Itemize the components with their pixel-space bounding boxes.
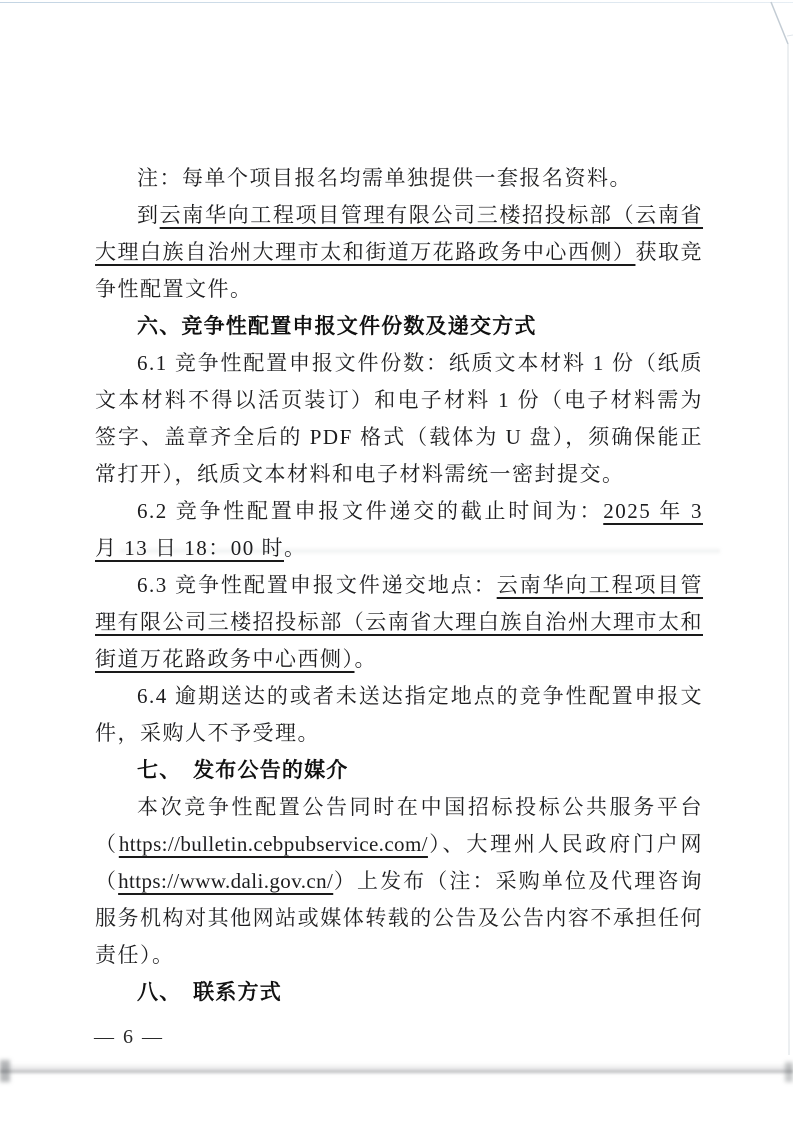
text-run: 八、 联系方式 [137,981,282,1004]
underlined-text: 云南华向工程项目管理有限公司三楼招投标部（云南省大理白族自治州大理市太和街道万花… [95,203,703,264]
text-run: 六、竞争性配置申报文件份数及递交方式 [137,315,537,338]
scan-smudge-left [0,1060,10,1082]
text-run: 6.4 逾期送达的或者未送达指定地点的竞争性配置申报文件，采购人不予受理。 [95,684,703,745]
document-body: 注：每单个项目报名均需单独提供一套报名资料。到云南华向工程项目管理有限公司三楼招… [95,160,703,1011]
document-page: 注：每单个项目报名均需单独提供一套报名资料。到云南华向工程项目管理有限公司三楼招… [0,0,793,1122]
text-run: 6.1 竞争性配置申报文件份数：纸质文本材料 1 份（纸质文本材料不得以活页装订… [95,351,703,486]
text-run: 七、 发布公告的媒介 [137,759,349,782]
paragraph: 6.3 竞争性配置申报文件递交地点：云南华向工程项目管理有限公司三楼招投标部（云… [95,567,703,678]
text-run: 到 [137,203,160,227]
scan-top-edge [0,2,793,3]
text-run: 6.3 竞争性配置申报文件递交地点： [137,573,497,597]
section-heading: 八、 联系方式 [95,974,703,1011]
text-run: 。 [355,647,378,671]
paragraph: 6.1 竞争性配置申报文件份数：纸质文本材料 1 份（纸质文本材料不得以活页装订… [95,345,703,493]
scan-bottom-smudge-line [0,1070,793,1073]
url-text: https://bulletin.cebpubservice.com/ [119,832,428,856]
paragraph: 6.4 逾期送达的或者未送达指定地点的竞争性配置申报文件，采购人不予受理。 [95,678,703,752]
section-heading: 七、 发布公告的媒介 [95,752,703,789]
url-text: https://www.dali.gov.cn/ [118,869,333,893]
paragraph: 本次竞争性配置公告同时在中国招标投标公共服务平台（https://bulleti… [95,789,703,974]
page-number: — 6 — [94,1026,164,1049]
text-run: 。 [284,536,307,560]
section-heading: 六、竞争性配置申报文件份数及递交方式 [95,308,703,345]
paragraph: 注：每单个项目报名均需单独提供一套报名资料。 [95,160,703,197]
text-run: 注：每单个项目报名均需单独提供一套报名资料。 [137,166,632,190]
scan-smudge-right [785,1062,793,1082]
paragraph: 到云南华向工程项目管理有限公司三楼招投标部（云南省大理白族自治州大理市太和街道万… [95,197,703,308]
text-run: 6.2 竞争性配置申报文件递交的截止时间为： [137,499,603,523]
paragraph: 6.2 竞争性配置申报文件递交的截止时间为：2025 年 3 月 13 日 18… [95,493,703,567]
